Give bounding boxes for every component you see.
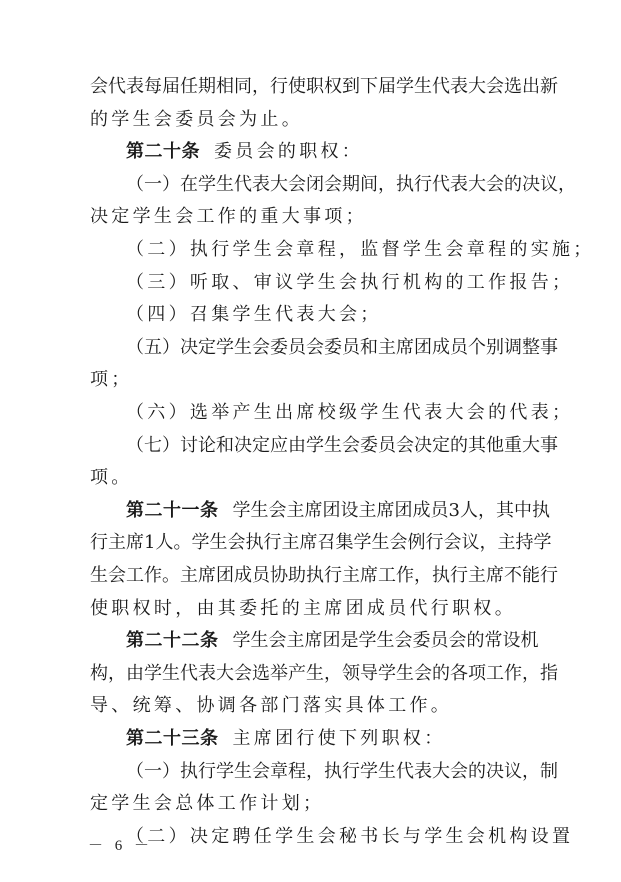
line-text: （一）在学生代表大会闭会期间，执行代表大会的决议， (126, 174, 576, 195)
text-line: （五）决定学生会委员会委员和主席团成员个别调整事 (126, 332, 530, 364)
text-line: 项。 (90, 462, 530, 494)
text-line: 项； (90, 364, 530, 396)
article-line: 第二十一条学生会主席团设主席团成员3人，其中执 (126, 495, 530, 527)
line-text: 委员会的职权： (214, 141, 363, 162)
text-line: （六）选举产生出席校级学生代表大会的代表； (126, 397, 530, 429)
text-line: （一）执行学生会章程，执行学生代表大会的决议，制 (126, 756, 530, 788)
line-text: 的学生会委员会为止。 (90, 109, 303, 130)
article-heading: 第二十条 (126, 141, 200, 162)
text-line: 构，由学生代表大会选举产生，领导学生会的各项工作，指 (90, 658, 530, 690)
text-line: 导、统筹、协调各部门落实具体工作。 (90, 690, 530, 722)
line-text: 会代表每届任期相同，行使职权到下届学生代表大会选出新 (90, 76, 558, 97)
text-line: （三）听取、审议学生会执行机构的工作报告； (126, 267, 530, 299)
line-text: 行主席1人。学生会执行主席召集学生会例行会议，主持学 (90, 532, 551, 553)
line-text: 决定学生会工作的重大事项； (90, 206, 367, 227)
line-text: 构，由学生代表大会选举产生，领导学生会的各项工作，指 (90, 663, 558, 684)
line-text: 学生会主席团设主席团成员3人，其中执 (233, 500, 550, 521)
line-text: （六）选举产生出席校级学生代表大会的代表； (126, 402, 573, 423)
text-line: 的学生会委员会为止。 (90, 104, 530, 136)
line-text: （七）讨论和决定应由学生会委员会决定的其他重大事 (126, 435, 558, 456)
line-text: （三）听取、审议学生会执行机构的工作报告； (126, 272, 573, 293)
line-text: 使职权时，由其委托的主席团成员代行职权。 (90, 598, 516, 619)
article-line: 第二十条委员会的职权： (126, 136, 530, 168)
line-text: 生会工作。主席团成员协助执行主席工作，执行主席不能行 (90, 565, 558, 586)
text-line: 使职权时，由其委托的主席团成员代行职权。 (90, 593, 530, 625)
text-line: （一）在学生代表大会闭会期间，执行代表大会的决议， (126, 169, 530, 201)
line-text: 定学生会总体工作计划； (90, 793, 324, 814)
article-heading: 第二十三条 (126, 728, 219, 749)
document-page: 会代表每届任期相同，行使职权到下届学生代表大会选出新的学生会委员会为止。第二十条… (0, 0, 621, 882)
text-line: 定学生会总体工作计划； (90, 788, 530, 820)
article-heading: 第二十二条 (126, 630, 219, 651)
article-heading: 第二十一条 (126, 500, 219, 521)
line-text: （四）召集学生代表大会； (126, 304, 382, 325)
line-text: （五）决定学生会委员会委员和主席团成员个别调整事 (126, 337, 558, 358)
line-text: （二）决定聘任学生会秘书长与学生会机构设置 (126, 826, 573, 847)
line-text: 主席团行使下列职权： (233, 728, 446, 749)
line-text: 学生会主席团是学生会委员会的常设机 (233, 630, 539, 651)
text-line: （七）讨论和决定应由学生会委员会决定的其他重大事 (126, 430, 530, 462)
text-line: （二）执行学生会章程，监督学生会章程的实施； (126, 234, 530, 266)
text-line: 决定学生会工作的重大事项； (90, 201, 530, 233)
line-text: 导、统筹、协调各部门落实具体工作。 (90, 695, 452, 716)
text-line: （二）决定聘任学生会秘书长与学生会机构设置 (126, 821, 530, 853)
page-number: － 6 － (88, 834, 153, 855)
article-line: 第二十二条学生会主席团是学生会委员会的常设机 (126, 625, 530, 657)
line-text: 项。 (90, 467, 133, 488)
line-text: 项； (90, 369, 133, 390)
line-text: （一）执行学生会章程，执行学生代表大会的决议，制 (126, 761, 558, 782)
article-line: 第二十三条主席团行使下列职权： (126, 723, 530, 755)
text-line: 生会工作。主席团成员协助执行主席工作，执行主席不能行 (90, 560, 530, 592)
text-line: 会代表每届任期相同，行使职权到下届学生代表大会选出新 (90, 71, 530, 103)
text-line: 行主席1人。学生会执行主席召集学生会例行会议，主持学 (90, 527, 530, 559)
line-text: （二）执行学生会章程，监督学生会章程的实施； (126, 239, 595, 260)
text-line: （四）召集学生代表大会； (126, 299, 530, 331)
